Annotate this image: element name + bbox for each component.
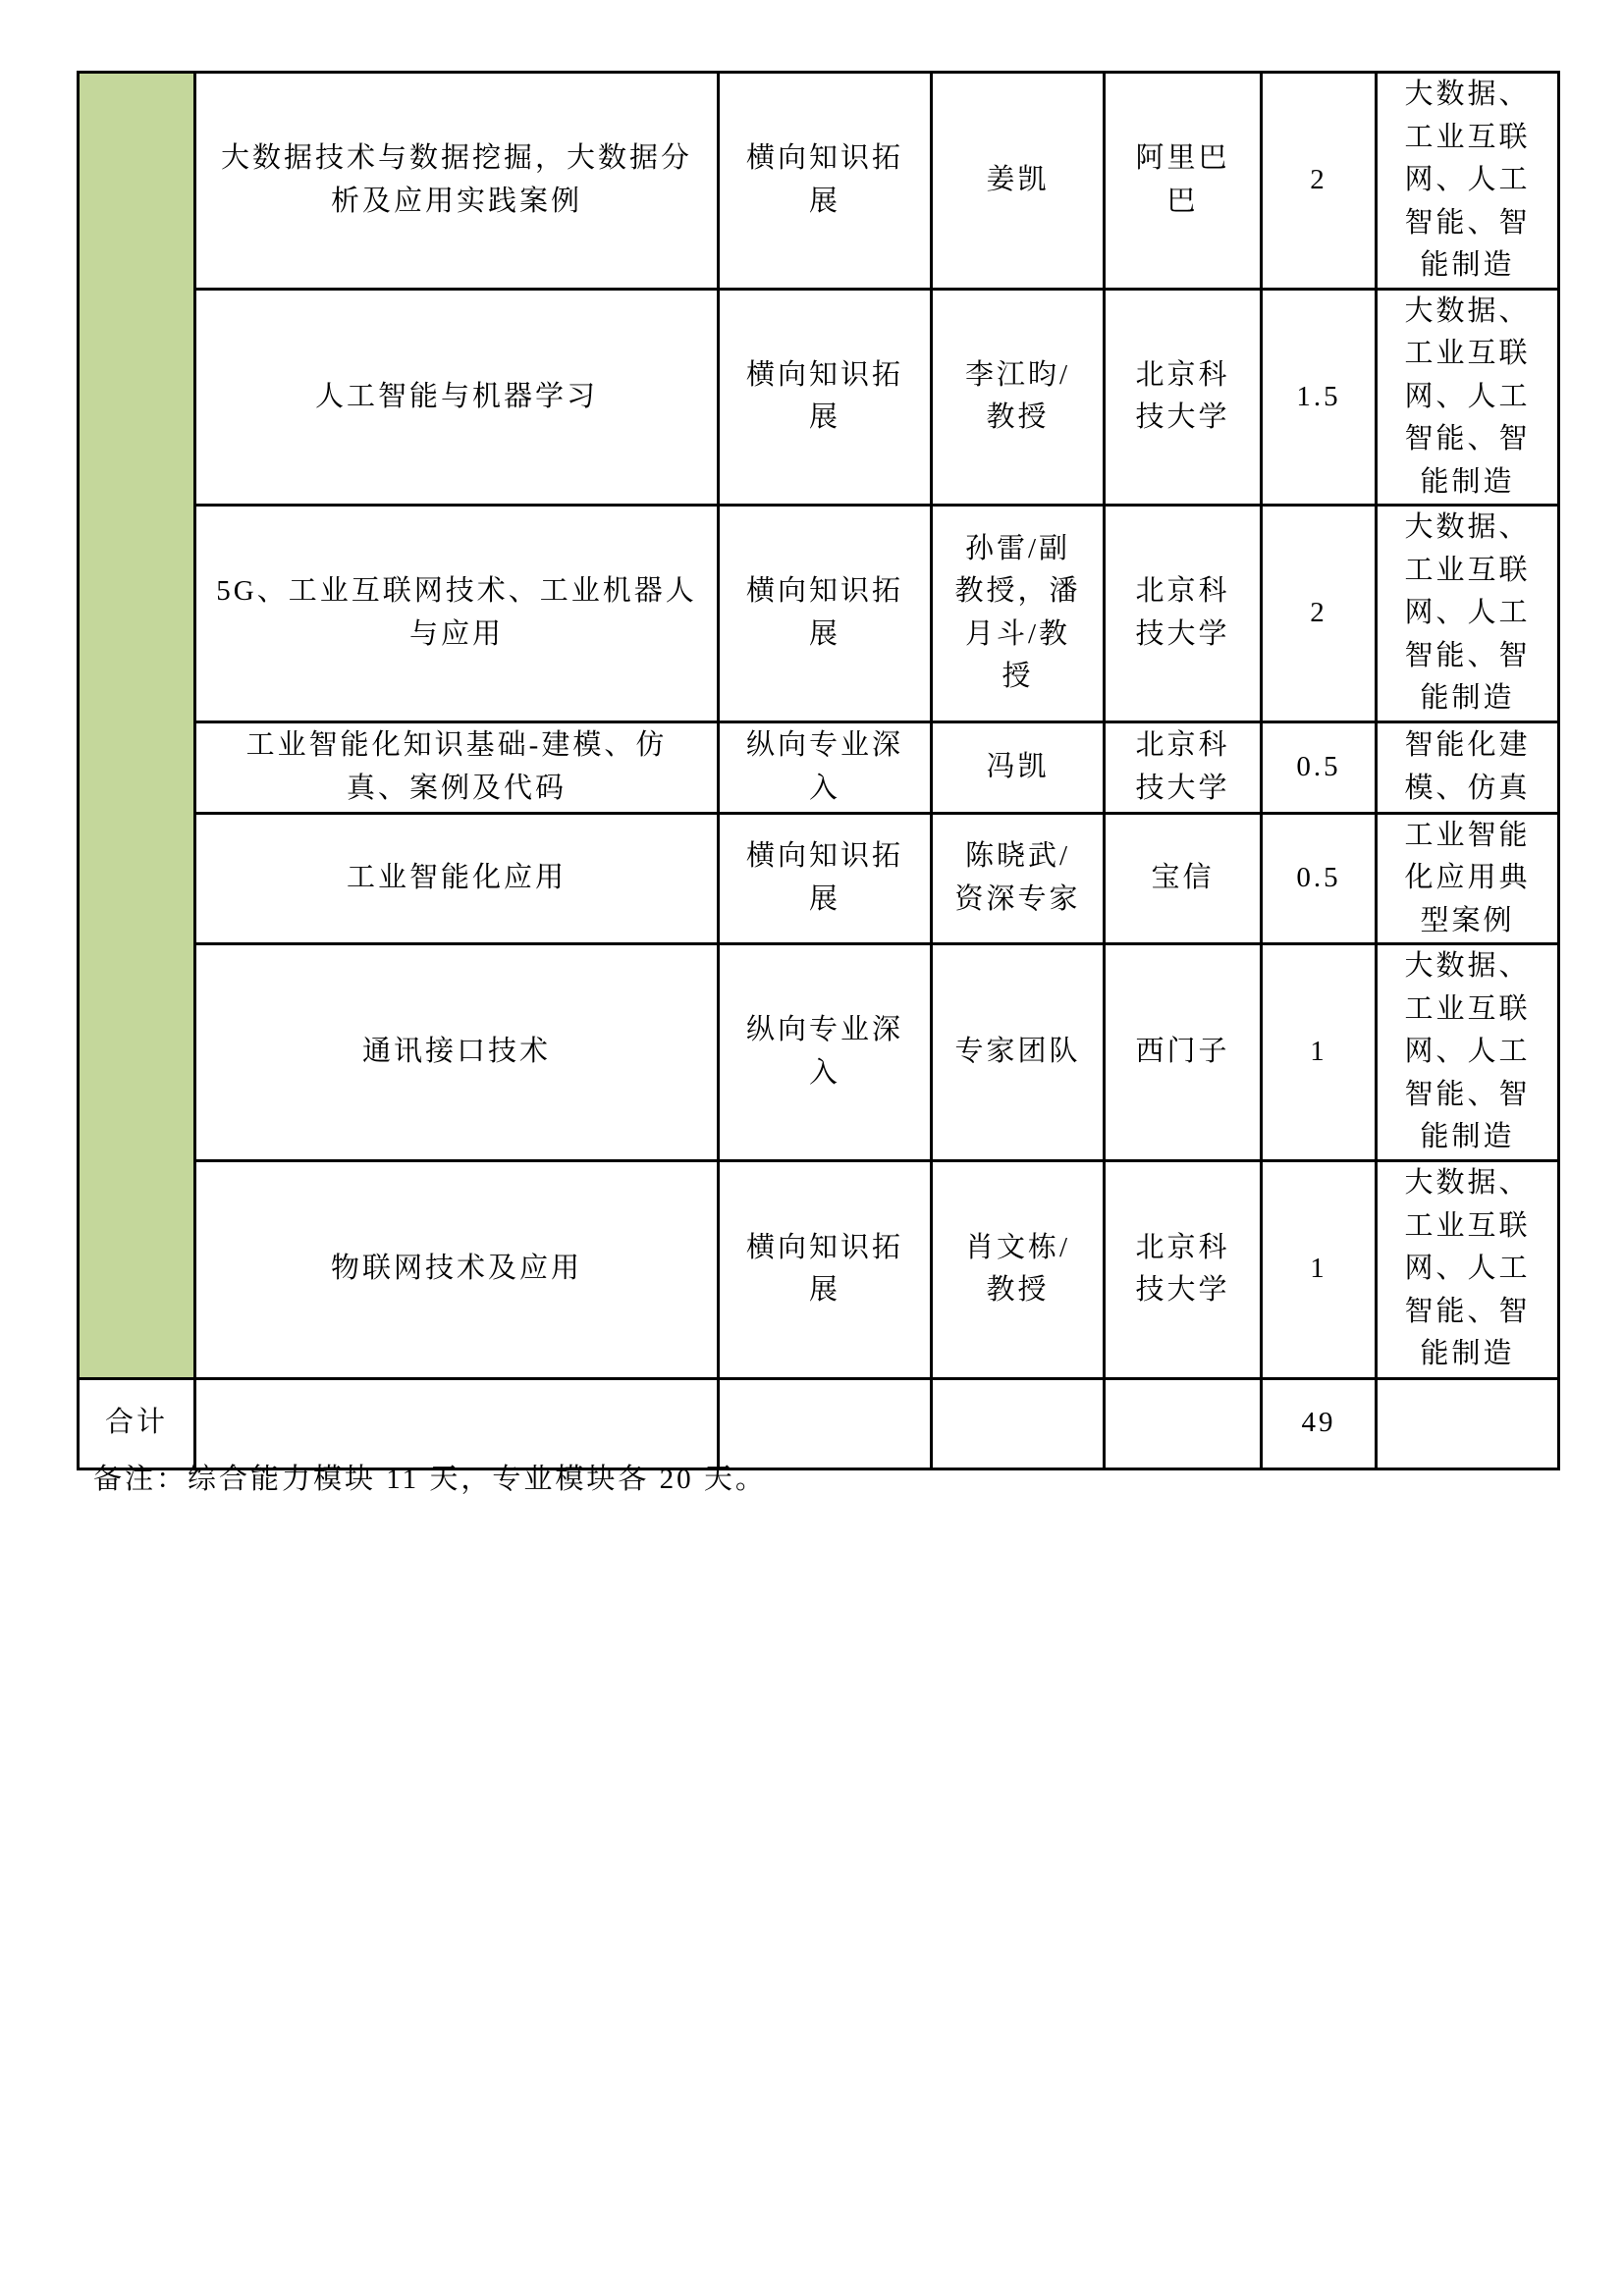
days-cell: 2 <box>1262 506 1377 722</box>
org-cell: 阿里巴 巴 <box>1105 73 1262 290</box>
type-cell: 纵向专业深 入 <box>719 721 932 813</box>
org-cell: 北京科 技大学 <box>1105 506 1262 722</box>
instructor-cell: 孙雷/副 教授，潘 月斗/教 授 <box>932 506 1105 722</box>
course-cell: 人工智能与机器学习 <box>195 289 719 506</box>
total-empty-topics-cell <box>1377 1378 1559 1468</box>
table-row: 工业智能化知识基础-建模、仿 真、案例及代码 纵向专业深 入 冯凯 北京科 技大… <box>79 721 1559 813</box>
table-row: 人工智能与机器学习 横向知识拓 展 李江昀/ 教授 北京科 技大学 1.5 大数… <box>79 289 1559 506</box>
instructor-cell: 陈晓武/ 资深专家 <box>932 813 1105 944</box>
org-cell: 宝信 <box>1105 813 1262 944</box>
table-row: 5G、工业互联网技术、工业机器人 与应用 横向知识拓 展 孙雷/副 教授，潘 月… <box>79 506 1559 722</box>
topics-cell: 工业智能 化应用典 型案例 <box>1377 813 1559 944</box>
instructor-cell: 冯凯 <box>932 721 1105 813</box>
table-row: 物联网技术及应用 横向知识拓 展 肖文栋/ 教授 北京科 技大学 1 大数据、 … <box>79 1160 1559 1378</box>
days-cell: 1 <box>1262 944 1377 1161</box>
instructor-cell: 肖文栋/ 教授 <box>932 1160 1105 1378</box>
instructor-cell: 李江昀/ 教授 <box>932 289 1105 506</box>
org-cell: 北京科 技大学 <box>1105 289 1262 506</box>
topics-cell: 大数据、 工业互联 网、人工 智能、智 能制造 <box>1377 73 1559 290</box>
topics-cell: 大数据、 工业互联 网、人工 智能、智 能制造 <box>1377 506 1559 722</box>
type-cell: 横向知识拓 展 <box>719 506 932 722</box>
module-band-cell <box>79 73 195 1379</box>
topics-cell: 大数据、 工业互联 网、人工 智能、智 能制造 <box>1377 1160 1559 1378</box>
type-cell: 横向知识拓 展 <box>719 1160 932 1378</box>
total-days-cell: 49 <box>1262 1378 1377 1468</box>
type-cell: 纵向专业深 入 <box>719 944 932 1161</box>
course-cell: 大数据技术与数据挖掘，大数据分 析及应用实践案例 <box>195 73 719 290</box>
course-cell: 物联网技术及应用 <box>195 1160 719 1378</box>
type-cell: 横向知识拓 展 <box>719 289 932 506</box>
total-empty-instructor-cell <box>932 1378 1105 1468</box>
days-cell: 1.5 <box>1262 289 1377 506</box>
type-cell: 横向知识拓 展 <box>719 73 932 290</box>
total-label-cell: 合计 <box>79 1378 195 1468</box>
type-cell: 横向知识拓 展 <box>719 813 932 944</box>
table-row: 工业智能化应用 横向知识拓 展 陈晓武/ 资深专家 宝信 0.5 工业智能 化应… <box>79 813 1559 944</box>
org-cell: 北京科 技大学 <box>1105 721 1262 813</box>
topics-cell: 大数据、 工业互联 网、人工 智能、智 能制造 <box>1377 944 1559 1161</box>
course-cell: 工业智能化应用 <box>195 813 719 944</box>
curriculum-table: 大数据技术与数据挖掘，大数据分 析及应用实践案例 横向知识拓 展 姜凯 阿里巴 … <box>77 71 1560 1470</box>
total-empty-course-cell <box>195 1378 719 1468</box>
total-empty-type-cell <box>719 1378 932 1468</box>
instructor-cell: 专家团队 <box>932 944 1105 1161</box>
total-row: 合计 49 <box>79 1378 1559 1468</box>
course-cell: 工业智能化知识基础-建模、仿 真、案例及代码 <box>195 721 719 813</box>
note-text: 备注：综合能力模块 11 天，专业模块各 20 天。 <box>93 1457 767 1497</box>
org-cell: 北京科 技大学 <box>1105 1160 1262 1378</box>
days-cell: 2 <box>1262 73 1377 290</box>
topics-cell: 大数据、 工业互联 网、人工 智能、智 能制造 <box>1377 289 1559 506</box>
course-cell: 5G、工业互联网技术、工业机器人 与应用 <box>195 506 719 722</box>
topics-cell: 智能化建 模、仿真 <box>1377 721 1559 813</box>
days-cell: 0.5 <box>1262 721 1377 813</box>
table-row: 通讯接口技术 纵向专业深 入 专家团队 西门子 1 大数据、 工业互联 网、人工… <box>79 944 1559 1161</box>
days-cell: 0.5 <box>1262 813 1377 944</box>
instructor-cell: 姜凯 <box>932 73 1105 290</box>
org-cell: 西门子 <box>1105 944 1262 1161</box>
course-cell: 通讯接口技术 <box>195 944 719 1161</box>
total-empty-org-cell <box>1105 1378 1262 1468</box>
table-row: 大数据技术与数据挖掘，大数据分 析及应用实践案例 横向知识拓 展 姜凯 阿里巴 … <box>79 73 1559 290</box>
days-cell: 1 <box>1262 1160 1377 1378</box>
